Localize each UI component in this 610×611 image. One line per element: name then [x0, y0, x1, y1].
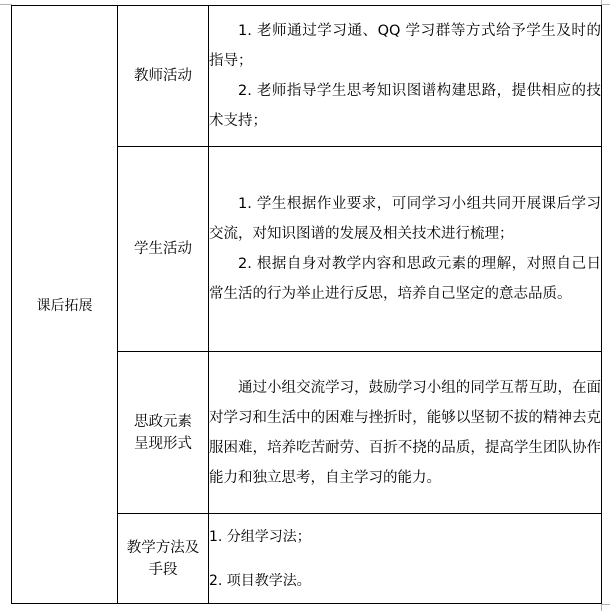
category-cell-student: 学生活动 — [118, 147, 209, 352]
paragraph: 2. 根据自身对教学内容和思政元素的理解，对照自己日常生活的行为举止进行反思，培… — [209, 249, 601, 309]
category-cell-ideology: 思政元素 呈现形式 — [118, 352, 209, 514]
category-label-line: 呈现形式 — [118, 433, 208, 455]
content-cell-teacher[interactable]: 1. 老师通过学习通、QQ 学习群等方式给予学生及时的指导； 2. 老师指导学生… — [209, 6, 602, 147]
margin-corner-mark — [601, 604, 610, 611]
category-label-line: 手段 — [118, 559, 208, 581]
category-label-line: 思政元素 — [118, 411, 208, 433]
category-cell-teacher: 教师活动 — [118, 6, 209, 147]
paragraph: 2. 老师指导学生思考知识图谱构建思路，提供相应的技术支持； — [209, 76, 601, 136]
category-cell-methods: 教学方法及 手段 — [118, 514, 209, 604]
paragraph: 1. 老师通过学习通、QQ 学习群等方式给予学生及时的指导； — [209, 16, 601, 76]
document-page: 课后拓展 教师活动 1. 老师通过学习通、QQ 学习群等方式给予学生及时的指导；… — [0, 0, 610, 611]
section-label-cell: 课后拓展 — [12, 6, 118, 604]
lesson-plan-table: 课后拓展 教师活动 1. 老师通过学习通、QQ 学习群等方式给予学生及时的指导；… — [11, 5, 602, 604]
method-item: 2. 项目教学法。 — [209, 559, 601, 603]
method-item: 1. 分组学习法； — [209, 515, 601, 559]
content-cell-methods[interactable]: 1. 分组学习法； 2. 项目教学法。 — [209, 514, 602, 604]
category-label: 学生活动 — [134, 241, 192, 257]
content-cell-ideology[interactable]: 通过小组交流学习，鼓励学习小组的同学互帮互助，在面对学习和生活中的困难与挫折时，… — [209, 352, 602, 514]
section-label: 课后拓展 — [37, 298, 93, 314]
table-row-teacher-activity: 课后拓展 教师活动 1. 老师通过学习通、QQ 学习群等方式给予学生及时的指导；… — [12, 6, 602, 147]
margin-corner-mark — [601, 4, 610, 5]
category-label: 教师活动 — [134, 68, 192, 84]
content-cell-student[interactable]: 1. 学生根据作业要求，可同学习小组共同开展课后学习交流，对知识图谱的发展及相关… — [209, 147, 602, 352]
paragraph: 通过小组交流学习，鼓励学习小组的同学互帮互助，在面对学习和生活中的困难与挫折时，… — [209, 373, 601, 493]
paragraph: 1. 学生根据作业要求，可同学习小组共同开展课后学习交流，对知识图谱的发展及相关… — [209, 189, 601, 249]
category-label-line: 教学方法及 — [118, 537, 208, 559]
